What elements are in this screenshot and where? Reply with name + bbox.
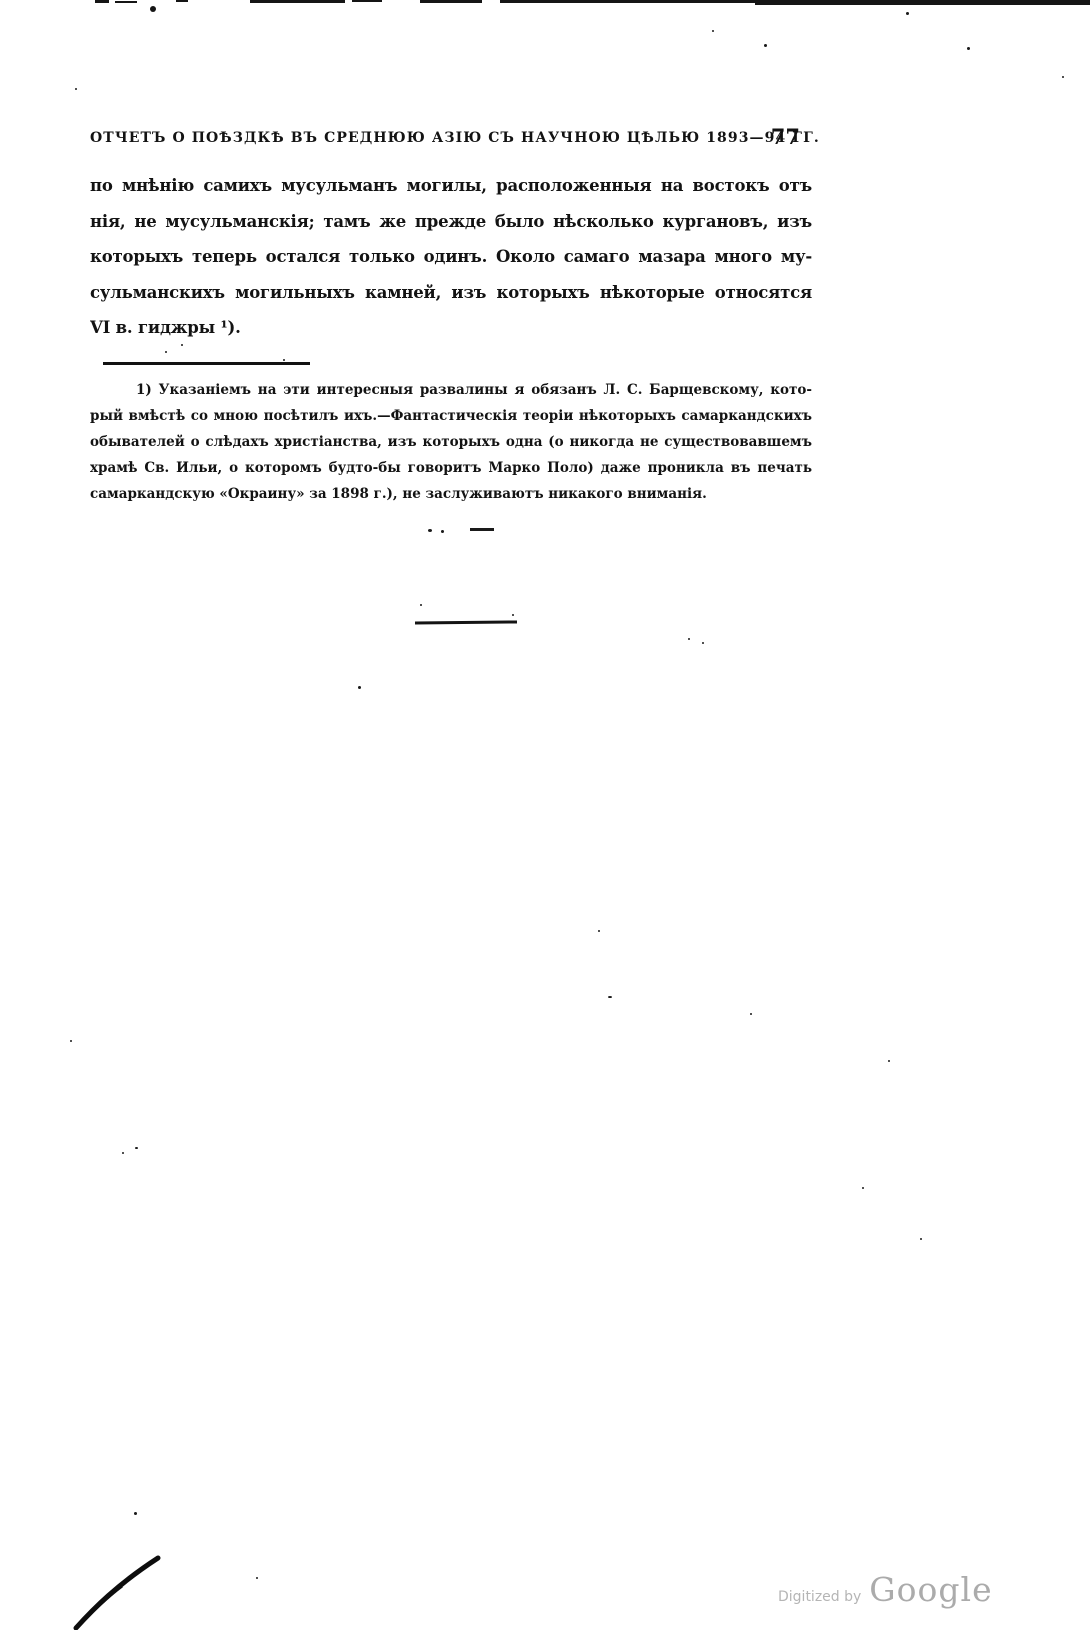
footnote-paragraph: 1) Указаніемъ на эти интересныя развалин… bbox=[90, 377, 812, 507]
footnote-line: рый вмѣстѣ со мною посѣтилъ ихъ.—Фантаст… bbox=[90, 403, 812, 429]
ink-speck bbox=[134, 1512, 137, 1515]
ink-speck bbox=[862, 1187, 864, 1189]
edge-mark bbox=[176, 0, 188, 2]
body-line: сульманскихъ могильныхъ камней, изъ кото… bbox=[90, 275, 812, 311]
ink-speck bbox=[358, 686, 361, 689]
ink-speck bbox=[702, 642, 704, 644]
ink-speck bbox=[122, 1152, 124, 1154]
ink-speck bbox=[920, 1238, 922, 1240]
ink-speck bbox=[420, 604, 422, 606]
running-title: ОТЧЕТЪ О ПОѢЗДКѢ ВЪ СРЕДНЮЮ АЗІЮ СЪ НАУЧ… bbox=[90, 130, 812, 146]
edge-mark bbox=[150, 6, 156, 12]
footnote-line: обывателей о слѣдахъ христіанства, изъ к… bbox=[90, 429, 812, 455]
ink-speck bbox=[441, 530, 444, 533]
ink-speck bbox=[165, 351, 167, 353]
edge-mark bbox=[115, 1, 137, 3]
body-line: VI в. гиджры ¹). bbox=[90, 310, 812, 346]
ink-speck bbox=[135, 1147, 138, 1149]
ink-speck bbox=[888, 1060, 890, 1062]
pen-stroke-mark bbox=[66, 1546, 176, 1630]
ink-speck bbox=[906, 12, 909, 15]
edge-mark bbox=[755, 0, 1090, 5]
footnote-line: храмѣ Св. Ильи, о которомъ будто-бы гово… bbox=[90, 455, 812, 481]
google-logo: Google bbox=[869, 1570, 992, 1609]
ink-speck bbox=[283, 359, 285, 361]
ink-dash bbox=[470, 528, 494, 531]
ink-speck bbox=[967, 47, 970, 50]
mid-page-rule bbox=[415, 620, 517, 624]
ink-speck bbox=[75, 88, 77, 90]
ink-speck bbox=[1062, 76, 1064, 78]
edge-mark bbox=[95, 0, 109, 3]
ink-speck bbox=[256, 1577, 258, 1579]
edge-mark bbox=[250, 0, 345, 3]
page-number: 77 bbox=[771, 124, 800, 149]
footnote-separator-rule bbox=[103, 362, 310, 365]
ink-speck bbox=[428, 529, 432, 532]
ink-speck bbox=[712, 30, 714, 32]
body-line: нія, не мусульманскія; тамъ же прежде бы… bbox=[90, 204, 812, 240]
edge-mark bbox=[500, 0, 755, 3]
ink-speck bbox=[750, 1013, 752, 1015]
ink-speck bbox=[512, 614, 514, 616]
running-head: ОТЧЕТЪ О ПОѢЗДКѢ ВЪ СРЕДНЮЮ АЗІЮ СЪ НАУЧ… bbox=[90, 130, 812, 156]
ink-speck bbox=[608, 996, 612, 998]
body-line: которыхъ теперь остался только одинъ. Ок… bbox=[90, 239, 812, 275]
body-line: по мнѣнію самихъ мусульманъ могилы, расп… bbox=[90, 168, 812, 204]
digitized-by-google-watermark: Digitized by Google bbox=[778, 1570, 993, 1609]
edge-mark bbox=[420, 0, 482, 3]
edge-mark bbox=[352, 0, 382, 2]
footnote-line: 1) Указаніемъ на эти интересныя развалин… bbox=[90, 377, 812, 403]
ink-speck bbox=[70, 1040, 72, 1042]
ink-speck bbox=[688, 638, 690, 640]
watermark-prefix: Digitized by bbox=[778, 1589, 861, 1605]
body-paragraph: по мнѣнію самихъ мусульманъ могилы, расп… bbox=[90, 168, 812, 346]
footnote-line: самаркандскую «Окраину» за 1898 г.), не … bbox=[90, 481, 812, 507]
ink-speck bbox=[764, 44, 767, 47]
ink-speck bbox=[181, 344, 183, 346]
ink-speck bbox=[598, 930, 600, 932]
scanned-book-page: ОТЧЕТЪ О ПОѢЗДКѢ ВЪ СРЕДНЮЮ АЗІЮ СЪ НАУЧ… bbox=[0, 0, 1090, 1630]
